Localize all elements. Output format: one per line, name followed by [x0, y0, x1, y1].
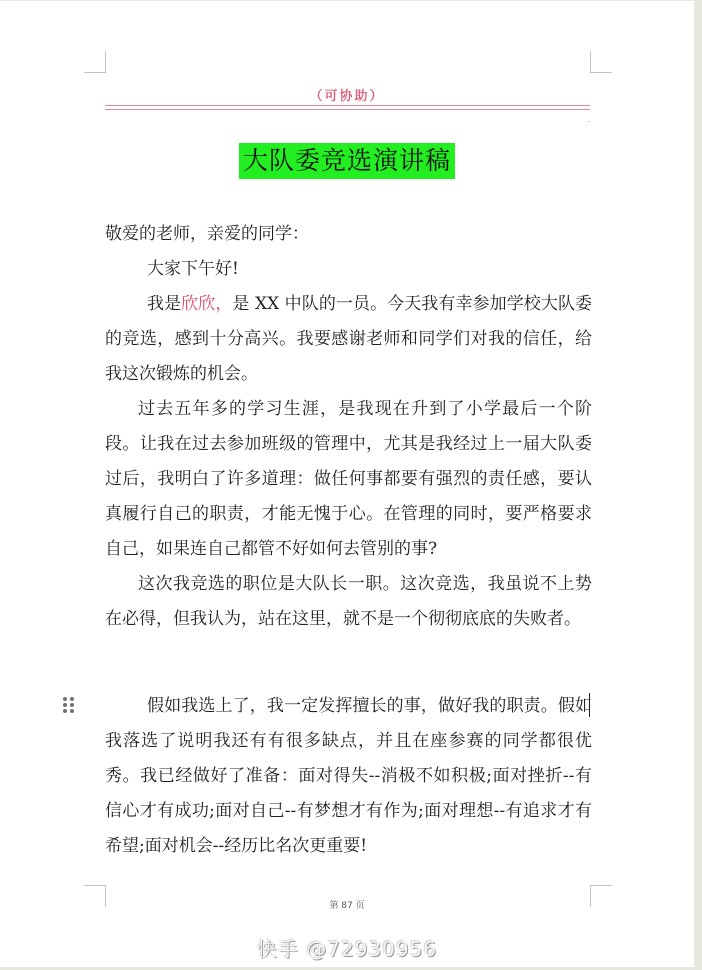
document-title[interactable]: 大队委竞选演讲稿: [239, 143, 455, 179]
document-body[interactable]: 敬爱的老师，亲爱的同学： 大家下午好! 我是欣欣，是 XX 中队的一员。今天我有…: [105, 217, 592, 637]
speaker-name: 欣欣，: [181, 294, 232, 314]
page-number: 第 87 页: [0, 898, 694, 911]
page-header: （可协助）: [0, 85, 694, 104]
paragraph-experience[interactable]: 过去五年多的学习生涯，是我现在升到了小学最后一个阶段。让我在过去参加班级的管理中…: [105, 392, 592, 567]
greeting[interactable]: 大家下午好!: [105, 252, 592, 287]
title-container: 大队委竞选演讲稿: [0, 143, 694, 179]
header-double-rule: [105, 105, 590, 110]
header-marker: [588, 121, 589, 122]
paragraph-intro[interactable]: 我是欣欣，是 XX 中队的一员。今天我有幸参加学校大队委的竞选，感到十分高兴。我…: [105, 287, 592, 392]
margin-corner-mark: [84, 51, 106, 73]
margin-corner-mark: [590, 51, 612, 73]
intro-prefix: 我是: [147, 294, 181, 314]
paragraph-outcome[interactable]: 假如我选上了，我一定发挥擅长的事，做好我的职责。假如我落选了说明我还有有很多缺点…: [105, 689, 592, 864]
text-cursor: [589, 693, 590, 717]
salutation[interactable]: 敬爱的老师，亲爱的同学：: [105, 217, 592, 252]
paragraph-drag-handle-icon[interactable]: [63, 697, 74, 713]
paragraph-position[interactable]: 这次我竞选的职位是大队长一职。这次竞选，我虽说不上势在必得，但我认为，站在这里，…: [105, 567, 592, 637]
document-page: （可协助） 大队委竞选演讲稿 敬爱的老师，亲爱的同学： 大家下午好! 我是欣欣，…: [0, 0, 694, 967]
watermark: 快手 @72930956: [0, 933, 694, 962]
